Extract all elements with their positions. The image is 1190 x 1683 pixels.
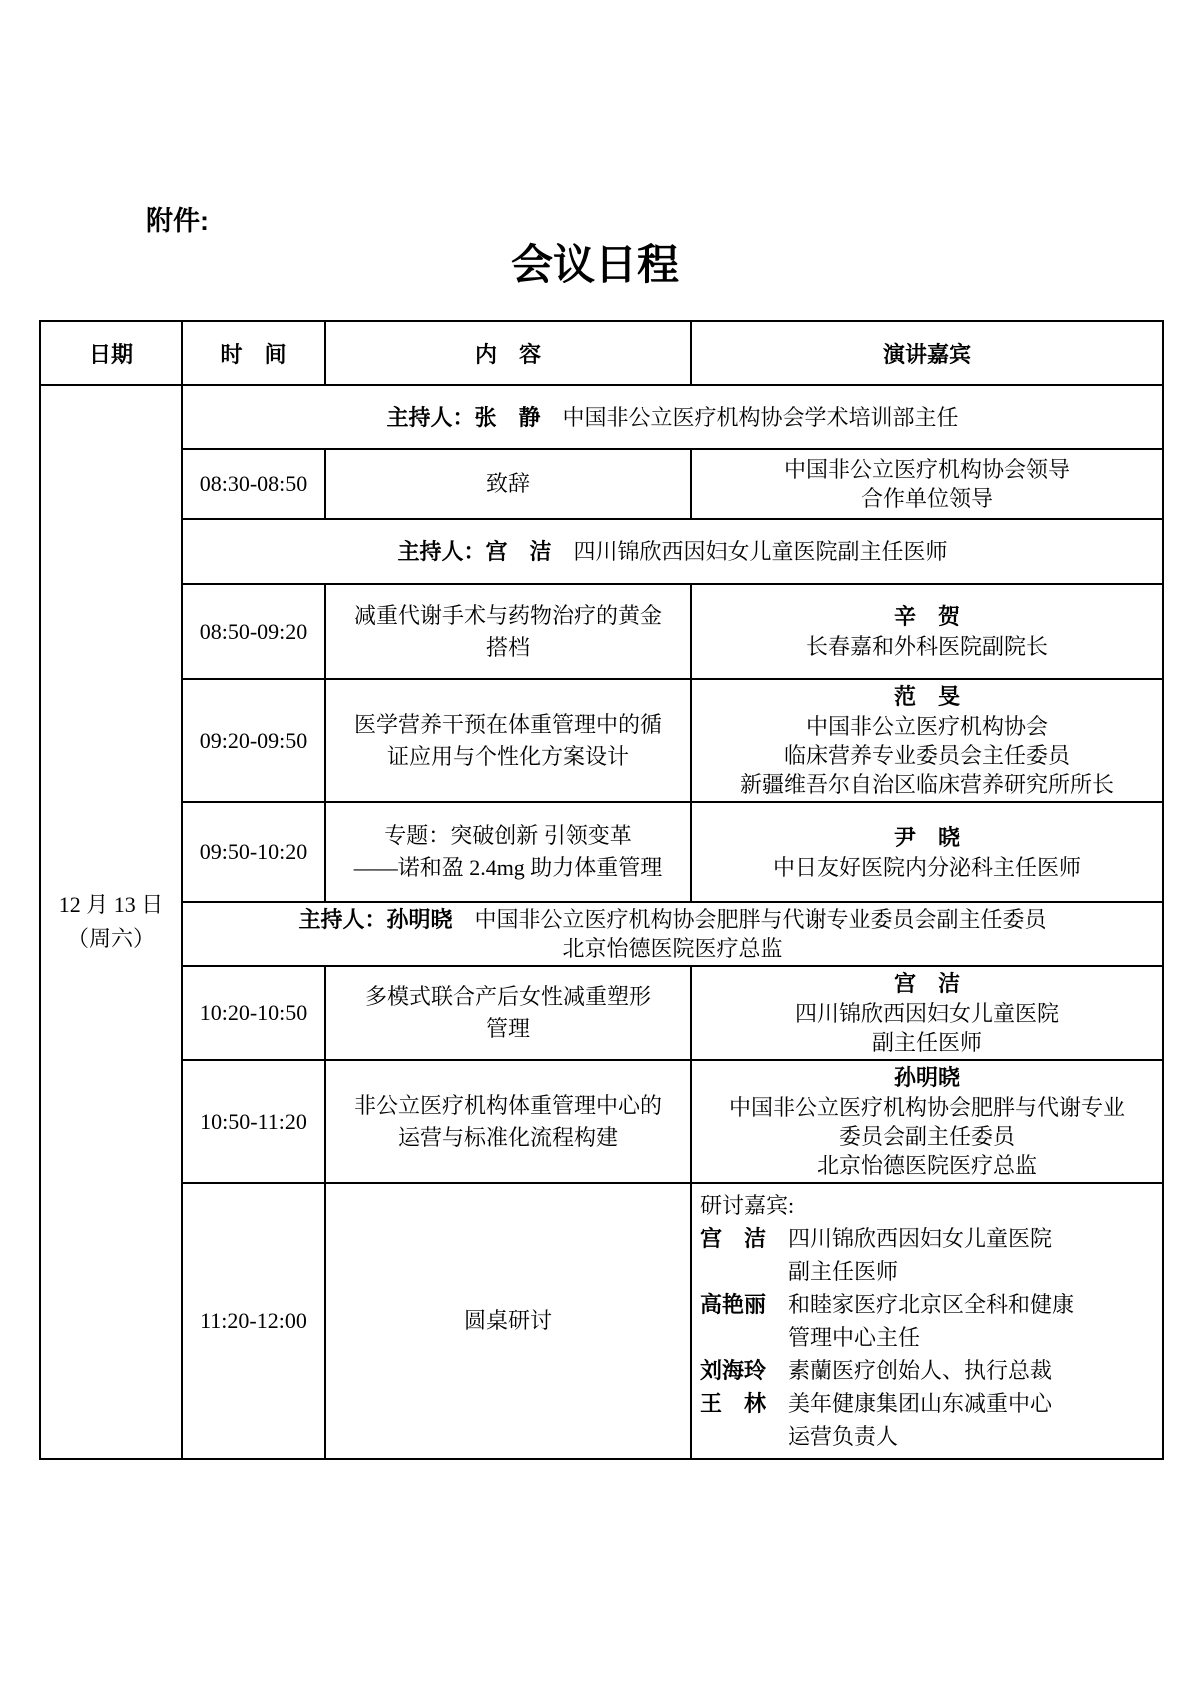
- moderator-cell-2: 主持人：宫 洁 四川锦欣西因妇女儿童医院副主任医师: [182, 519, 1163, 584]
- moderator-row-2: 主持人：宫 洁 四川锦欣西因妇女儿童医院副主任医师: [40, 519, 1163, 584]
- time-cell: 09:50-10:20: [182, 802, 325, 902]
- speaker-name: 尹 晓: [696, 823, 1158, 853]
- content-cell: 专题：突破创新 引领变革 ——诺和盈 2.4mg 助力体重管理: [325, 802, 691, 902]
- header-date: 日期: [40, 321, 182, 385]
- time-cell: 09:20-09:50: [182, 679, 325, 802]
- speaker-cell: 辛 贺 长春嘉和外科医院副院长: [691, 584, 1163, 679]
- time-cell: 10:50-11:20: [182, 1060, 325, 1183]
- guest-row: 王 林 美年健康集团山东减重中心 运营负责人: [700, 1387, 1156, 1453]
- speaker-cell: 孙明晓 中国非公立医疗机构协会肥胖与代谢专业 委员会副主任委员 北京怡德医院医疗…: [691, 1060, 1163, 1183]
- content-cell: 致辞: [325, 449, 691, 519]
- moderator-affiliation-3: 中国非公立医疗机构协会肥胖与代谢专业委员会副主任委员 北京怡德医院医疗总监: [453, 907, 1047, 961]
- session-row-7: 11:20-12:00 圆桌研讨 研讨嘉宾: 宫 洁 四川锦欣西因妇女儿童医院 …: [40, 1183, 1163, 1459]
- date-cell: 12 月 13 日 （周六）: [40, 385, 182, 1459]
- guest-row: 高艳丽 和睦家医疗北京区全科和健康 管理中心主任: [700, 1288, 1156, 1354]
- header-content: 内 容: [325, 321, 691, 385]
- speaker-name: 宫 洁: [696, 969, 1158, 999]
- speaker-name: 孙明晓: [696, 1063, 1158, 1093]
- guest-desc: 四川锦欣西因妇女儿童医院 副主任医师: [788, 1222, 1052, 1288]
- header-time: 时 间: [182, 321, 325, 385]
- session-row-1: 08:30-08:50 致辞 中国非公立医疗机构协会领导 合作单位领导: [40, 449, 1163, 519]
- moderator-row-1: 12 月 13 日 （周六） 主持人：张 静 中国非公立医疗机构协会学术培训部主…: [40, 385, 1163, 449]
- session-row-2: 08:50-09:20 减重代谢手术与药物治疗的黄金 搭档 辛 贺 长春嘉和外科…: [40, 584, 1163, 679]
- session-row-6: 10:50-11:20 非公立医疗机构体重管理中心的 运营与标准化流程构建 孙明…: [40, 1060, 1163, 1183]
- guest-name: 宫 洁: [700, 1222, 768, 1255]
- time-cell: 10:20-10:50: [182, 966, 325, 1060]
- moderator-cell-1: 主持人：张 静 中国非公立医疗机构协会学术培训部主任: [182, 385, 1163, 449]
- speaker-affiliation: 中国非公立医疗机构协会 临床营养专业委员会主任委员 新疆维吾尔自治区临床营养研究…: [696, 712, 1158, 799]
- speaker-cell: 尹 晓 中日友好医院内分泌科主任医师: [691, 802, 1163, 902]
- speaker-name: 辛 贺: [696, 602, 1158, 632]
- time-cell: 08:50-09:20: [182, 584, 325, 679]
- schedule-table: 日期 时 间 内 容 演讲嘉宾 12 月 13 日 （周六） 主持人：张 静 中…: [39, 320, 1164, 1460]
- session-row-3: 09:20-09:50 医学营养干预在体重管理中的循 证应用与个性化方案设计 范…: [40, 679, 1163, 802]
- guest-row: 刘海玲 素蘭医疗创始人、执行总裁: [700, 1354, 1156, 1387]
- moderator-row-3: 主持人：孙明晓 中国非公立医疗机构协会肥胖与代谢专业委员会副主任委员 北京怡德医…: [40, 902, 1163, 966]
- session-row-5: 10:20-10:50 多模式联合产后女性减重塑形 管理 宫 洁 四川锦欣西因妇…: [40, 966, 1163, 1060]
- guest-name: 高艳丽: [700, 1288, 768, 1321]
- content-cell: 减重代谢手术与药物治疗的黄金 搭档: [325, 584, 691, 679]
- time-cell: 08:30-08:50: [182, 449, 325, 519]
- page-title: 会议日程: [0, 232, 1190, 292]
- speaker-affiliation: 中国非公立医疗机构协会肥胖与代谢专业 委员会副主任委员 北京怡德医院医疗总监: [696, 1093, 1158, 1180]
- moderator-cell-3: 主持人：孙明晓 中国非公立医疗机构协会肥胖与代谢专业委员会副主任委员 北京怡德医…: [182, 902, 1163, 966]
- roundtable-guests-cell: 研讨嘉宾: 宫 洁 四川锦欣西因妇女儿童医院 副主任医师 高艳丽 和睦家医疗北京…: [691, 1183, 1163, 1459]
- guest-name: 王 林: [700, 1387, 768, 1420]
- time-cell: 11:20-12:00: [182, 1183, 325, 1459]
- content-cell: 医学营养干预在体重管理中的循 证应用与个性化方案设计: [325, 679, 691, 802]
- speaker-cell: 范 旻 中国非公立医疗机构协会 临床营养专业委员会主任委员 新疆维吾尔自治区临床…: [691, 679, 1163, 802]
- speaker-cell: 宫 洁 四川锦欣西因妇女儿童医院 副主任医师: [691, 966, 1163, 1060]
- moderator-name-2: 主持人：宫 洁: [397, 539, 551, 564]
- speaker-affiliation: 中日友好医院内分泌科主任医师: [696, 853, 1158, 882]
- guest-desc: 素蘭医疗创始人、执行总裁: [788, 1354, 1052, 1387]
- moderator-name-1: 主持人：张 静: [386, 405, 540, 430]
- moderator-name-3: 主持人：孙明晓: [298, 907, 452, 932]
- header-speaker: 演讲嘉宾: [691, 321, 1163, 385]
- speaker-name: 范 旻: [696, 682, 1158, 712]
- guest-desc: 和睦家医疗北京区全科和健康 管理中心主任: [788, 1288, 1074, 1354]
- discussion-label: 研讨嘉宾:: [700, 1189, 1156, 1222]
- speaker-cell: 中国非公立医疗机构协会领导 合作单位领导: [691, 449, 1163, 519]
- guest-row: 宫 洁 四川锦欣西因妇女儿童医院 副主任医师: [700, 1222, 1156, 1288]
- guest-desc: 美年健康集团山东减重中心 运营负责人: [788, 1387, 1052, 1453]
- speaker-affiliation: 四川锦欣西因妇女儿童医院 副主任医师: [696, 999, 1158, 1057]
- speaker-affiliation: 长春嘉和外科医院副院长: [696, 632, 1158, 661]
- content-cell: 圆桌研讨: [325, 1183, 691, 1459]
- session-row-4: 09:50-10:20 专题：突破创新 引领变革 ——诺和盈 2.4mg 助力体…: [40, 802, 1163, 902]
- moderator-affiliation-1: 中国非公立医疗机构协会学术培训部主任: [541, 405, 959, 430]
- content-cell: 多模式联合产后女性减重塑形 管理: [325, 966, 691, 1060]
- header-row: 日期 时 间 内 容 演讲嘉宾: [40, 321, 1163, 385]
- moderator-affiliation-2: 四川锦欣西因妇女儿童医院副主任医师: [552, 539, 948, 564]
- content-cell: 非公立医疗机构体重管理中心的 运营与标准化流程构建: [325, 1060, 691, 1183]
- guest-name: 刘海玲: [700, 1354, 768, 1387]
